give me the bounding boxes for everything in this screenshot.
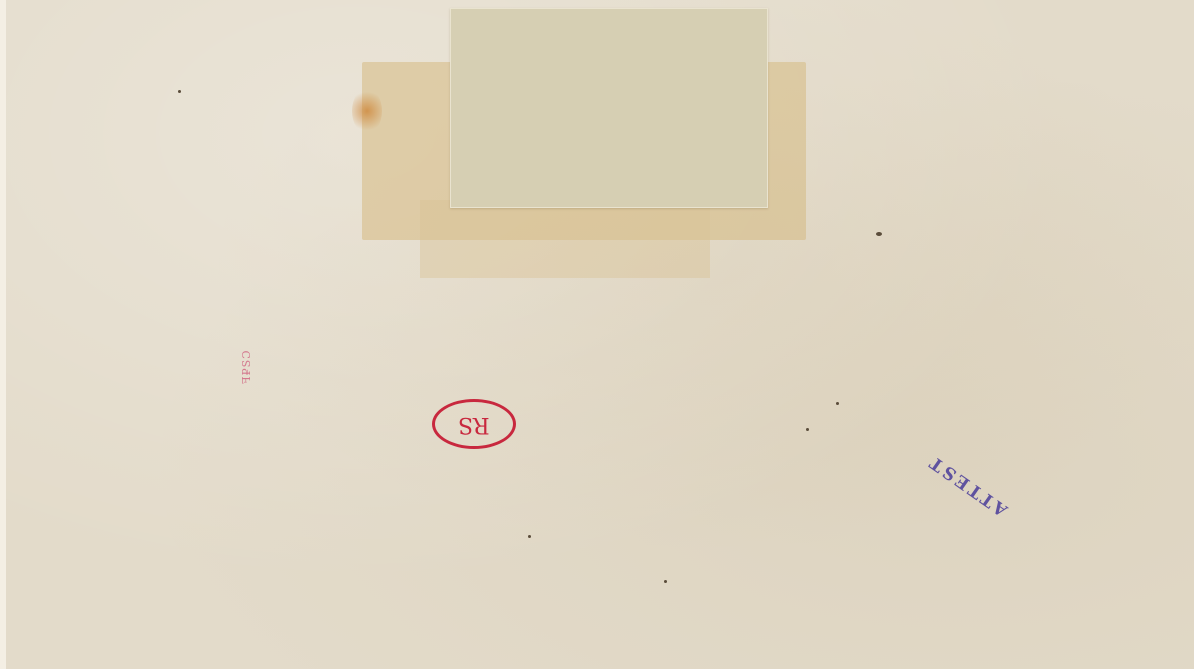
rust-spot bbox=[352, 88, 382, 134]
speck bbox=[664, 580, 667, 583]
hinge-tape-top bbox=[450, 8, 768, 208]
oval-expert-stamp: RS bbox=[432, 399, 516, 449]
pink-pencil-marking: ꟻ₽ЅƆ bbox=[240, 300, 262, 384]
hinge-tape-lower bbox=[420, 200, 710, 278]
stamp-initials: RS bbox=[458, 412, 490, 437]
speck bbox=[876, 232, 882, 236]
paper-edge bbox=[0, 0, 6, 669]
speck bbox=[178, 90, 181, 93]
speck bbox=[836, 402, 839, 405]
speck bbox=[806, 428, 809, 431]
speck bbox=[528, 535, 531, 538]
